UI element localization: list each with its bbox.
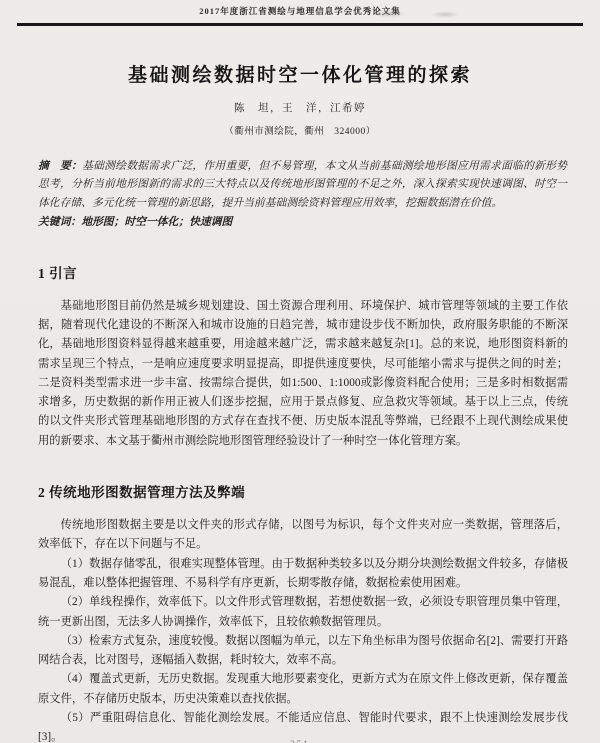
section-2-item-4: （4）覆盖式更新，无历史数据。发现重大地形要素变化，更新方式为在原文件上修改更新… <box>38 670 568 709</box>
keywords-text: 地形图；时空一体化；快速调图 <box>81 216 232 228</box>
section-2-item-3: （3）检索方式复杂，速度较慢。数据以图幅为单元，以左下角坐标串为图号依据命名[2… <box>38 632 568 671</box>
paper-title: 基础测绘数据时空一体化管理的探索 <box>20 60 580 87</box>
document-page: 2017年度浙江省测绘与地理信息学会优秀论文集 基础测绘数据时空一体化管理的探索… <box>0 0 600 743</box>
section-2-heading: 2 传统地形图数据管理方法及弊端 <box>38 481 567 501</box>
keywords-label: 关键词： <box>38 216 81 228</box>
section-2-item-5: （5）严重阻碍信息化、智能化测绘发展。不能适应信息、智能时代要求，跟不上快速测绘… <box>38 709 568 743</box>
page-number: 251 <box>290 739 310 743</box>
running-head: 2017年度浙江省测绘与地理信息学会优秀论文集 <box>0 0 600 17</box>
header-rule <box>17 23 583 26</box>
abstract-label: 摘 要： <box>38 160 82 172</box>
affiliation-line: （衢州市测绘院，衢州 324000） <box>0 123 600 137</box>
section-2-item-2: （2）单线程操作，效率低下。以文件形式管理数据，若想使数据一致，必须设专职管理员… <box>38 593 568 632</box>
abstract-text: 基础测绘数据需求广泛，作用重要，但不易管理，本文从当前基础测绘地形图应用需求面临… <box>38 160 567 210</box>
section-2-paragraph: 传统地形图数据主要是以文件夹的形式存储，以图号为标识，每个文件夹对应一类数据，管… <box>38 516 568 555</box>
section-1-paragraph: 基础地形图目前仍然是城乡规划建设、国土资源合理利用、环境保护、城市管理等领域的主… <box>38 297 568 451</box>
keywords-line: 关键词：地形图；时空一体化；快速调图 <box>38 213 567 232</box>
section-1-heading: 1 引言 <box>38 262 567 282</box>
section-2-item-1: （1）数据存储零乱，很难实现整体管理。由于数据种类较多以及分期分块测绘数据文件较… <box>38 555 568 594</box>
running-head-text: 2017年度浙江省测绘与地理信息学会优秀论文集 <box>199 6 401 16</box>
abstract-block: 摘 要：基础测绘数据需求广泛，作用重要，但不易管理，本文从当前基础测绘地形图应用… <box>38 157 567 213</box>
authors-line: 陈 坦，王 洋，江希婷 <box>0 100 600 115</box>
